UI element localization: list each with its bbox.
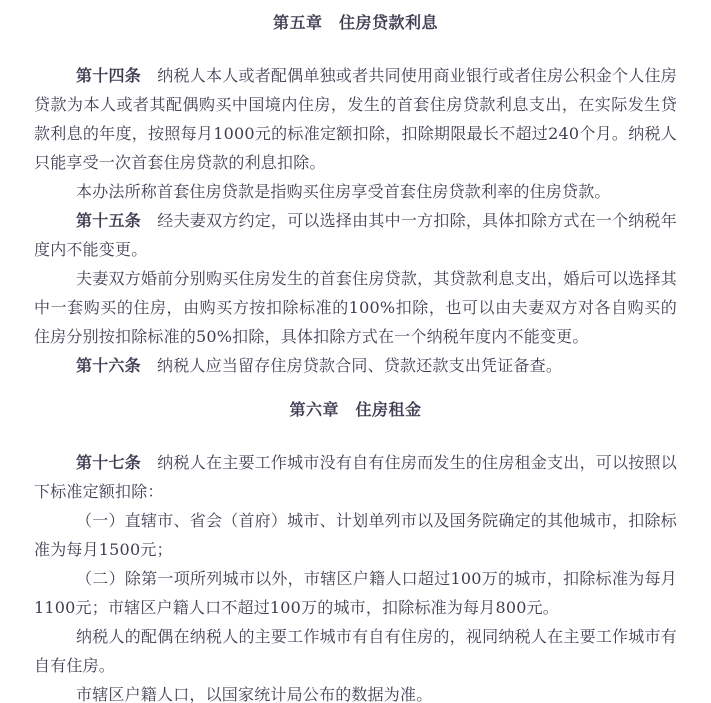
article-16-paragraph: 第十六条 纳税人应当留存住房贷款合同、贷款还款支出凭证备查。 <box>34 351 677 380</box>
article-17-paragraph-3-text: 市辖区户籍人口，以国家统计局公布的数据为准。 <box>76 685 432 703</box>
article-14-note-paragraph: 本办法所称首套住房贷款是指购买住房享受首套住房贷款利率的住房贷款。 <box>34 177 677 206</box>
article-17-paragraph: 第十七条 纳税人在主要工作城市没有自有住房而发生的住房租金支出，可以按照以下标准… <box>34 448 677 506</box>
article-17-paragraph-3: 市辖区户籍人口，以国家统计局公布的数据为准。 <box>34 680 677 703</box>
article-15-paragraph-2: 夫妻双方婚前分别购买住房发生的首套住房贷款，其贷款利息支出，婚后可以选择其中一套… <box>34 264 677 351</box>
article-17-item-2-text: （二）除第一项所列城市以外，市辖区户籍人口超过100万的城市，扣除标准为每月11… <box>34 569 677 617</box>
article-15-paragraph: 第十五条 经夫妻双方约定，可以选择由其中一方扣除，具体扣除方式在一个纳税年度内不… <box>34 206 677 264</box>
article-16-text: 纳税人应当留存住房贷款合同、贷款还款支出凭证备查。 <box>141 356 562 375</box>
article-17-item-1-text: （一）直辖市、省会（首府）城市、计划单列市以及国务院确定的其他城市，扣除标准为每… <box>34 511 677 559</box>
article-15-paragraph-2-text: 夫妻双方婚前分别购买住房发生的首套住房贷款，其贷款利息支出，婚后可以选择其中一套… <box>34 269 677 346</box>
article-17-item-2: （二）除第一项所列城市以外，市辖区户籍人口超过100万的城市，扣除标准为每月11… <box>34 564 677 622</box>
article-17-paragraph-2: 纳税人的配偶在纳税人的主要工作城市有自有住房的，视同纳税人在主要工作城市有自有住… <box>34 622 677 680</box>
chapter-6-title: 第六章 住房租金 <box>34 395 677 424</box>
article-17-paragraph-2-text: 纳税人的配偶在纳税人的主要工作城市有自有住房的，视同纳税人在主要工作城市有自有住… <box>34 627 677 675</box>
article-17-item-1: （一）直辖市、省会（首府）城市、计划单列市以及国务院确定的其他城市，扣除标准为每… <box>34 506 677 564</box>
document-page: 第五章 住房贷款利息 第十四条 纳税人本人或者配偶单独或者共同使用商业银行或者住… <box>0 0 711 703</box>
article-14-number: 第十四条 <box>76 66 141 85</box>
article-15-number: 第十五条 <box>76 211 141 230</box>
article-14-paragraph: 第十四条 纳税人本人或者配偶单独或者共同使用商业银行或者住房公积金个人住房贷款为… <box>34 61 677 177</box>
chapter-5-title: 第五章 住房贷款利息 <box>34 8 677 37</box>
article-14-note-text: 本办法所称首套住房贷款是指购买住房享受首套住房贷款利率的住房贷款。 <box>76 182 611 201</box>
article-17-number: 第十七条 <box>76 453 141 472</box>
article-16-number: 第十六条 <box>76 356 141 375</box>
